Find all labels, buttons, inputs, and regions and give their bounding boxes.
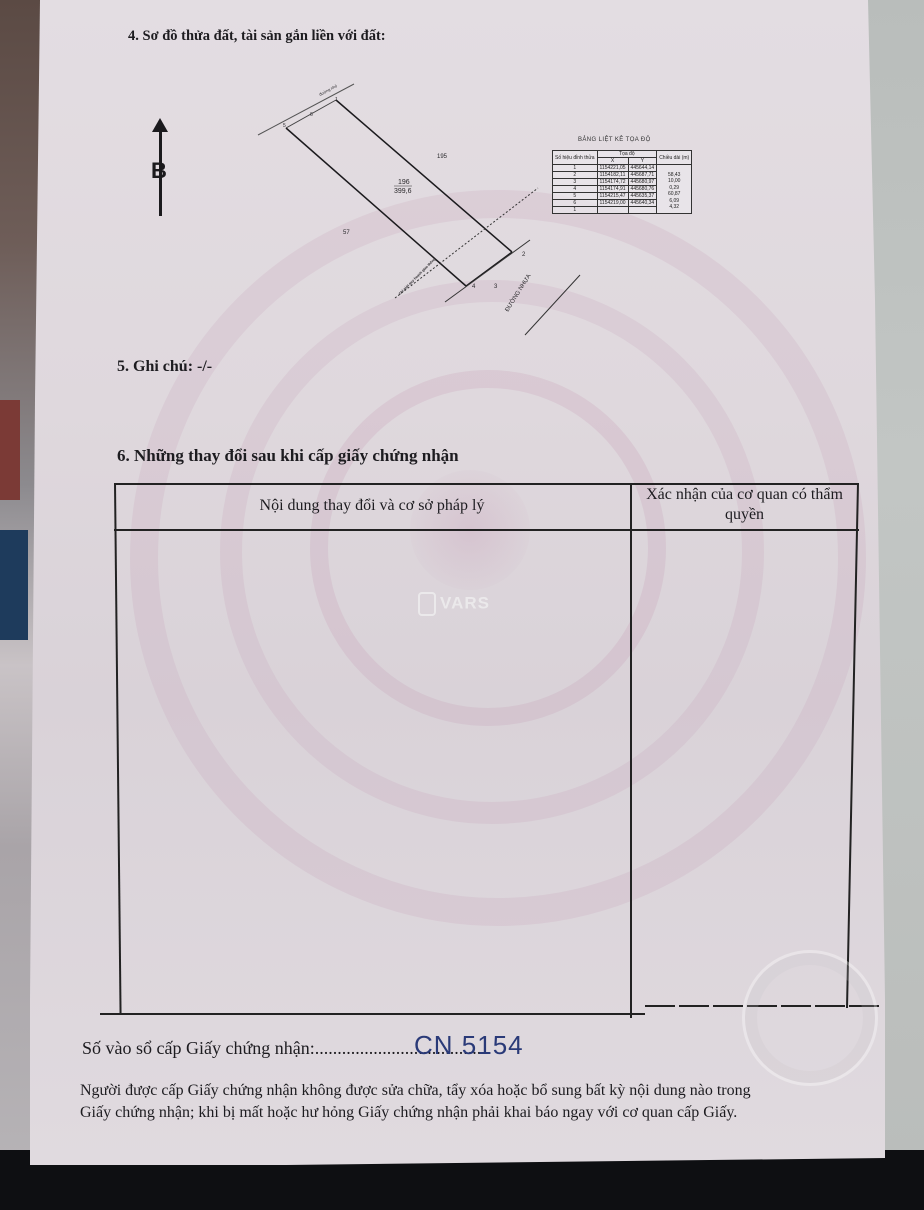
vertex-label: 3	[494, 284, 498, 290]
coord-cell-x: 1154215,47	[597, 193, 628, 200]
col-header: Y	[628, 158, 657, 165]
coord-cell-point: 1	[553, 165, 598, 172]
coord-cell-point: 6	[553, 200, 598, 207]
section-5-title: 5. Ghi chú: -/-	[117, 358, 212, 376]
coord-cell-y: 445640,34	[628, 200, 657, 207]
vars-watermark: VARS	[418, 592, 490, 616]
north-arrow-icon: B	[148, 118, 172, 218]
vertex-label: 5	[283, 123, 286, 129]
coord-cell-x: 1154174,72	[597, 179, 628, 186]
coord-cell-point: 1	[553, 207, 598, 214]
column-header-authority: Xác nhận của cơ quan có thẩm quyền	[632, 485, 857, 525]
coord-cell-y	[628, 207, 657, 214]
vertex-label: 6	[310, 112, 313, 118]
vertex-label: 4	[472, 284, 476, 290]
legal-note: Người được cấp Giấy chứng nhận không đượ…	[80, 1082, 751, 1100]
parcel-area: 399,6	[394, 188, 412, 195]
coord-cell-y: 445680,76	[628, 186, 657, 193]
changes-table: Nội dung thay đổi và cơ sở pháp lý Xác n…	[100, 483, 880, 1028]
corridor-label: Chỉ giới quy hoạch giao thông	[398, 257, 437, 296]
coord-cell-point: 3	[553, 179, 598, 186]
neighbor-parcel-label: 57	[343, 230, 350, 236]
coord-cell-x: 1154174,91	[597, 186, 628, 193]
road-label: ĐƯỜNG NHỰA	[504, 273, 533, 313]
coord-cell-x: 1154221,05	[597, 165, 628, 172]
coord-cell-x: 1154182,11	[597, 172, 628, 179]
coord-cell-y: 445635,37	[628, 193, 657, 200]
registration-label: Số vào sổ cấp Giấy chứng nhận:	[82, 1038, 315, 1058]
legal-note: Giấy chứng nhận; khi bị mất hoặc hư hỏng…	[80, 1104, 737, 1122]
coord-cell-point: 2	[553, 172, 598, 179]
coord-table-title: BẢNG LIỆT KÊ TỌA ĐỘ	[578, 137, 651, 143]
coord-cell-y: 445687,71	[628, 172, 657, 179]
col-header: Số hiệu đỉnh thửa	[553, 151, 598, 165]
coord-cell-y: 445644,14	[628, 165, 657, 172]
vertex-label: 1	[335, 97, 338, 103]
col-header: X	[597, 158, 628, 165]
section-6-title: 6. Những thay đổi sau khi cấp giấy chứng…	[117, 446, 459, 466]
section-4-title: 4. Sơ đồ thửa đất, tài sản gắn liền với …	[128, 28, 386, 45]
background-object	[0, 530, 28, 640]
col-header: Tọa độ	[597, 151, 657, 158]
column-header-changes: Nội dung thay đổi và cơ sở pháp lý	[114, 497, 630, 515]
parcel-number: 196	[398, 179, 410, 186]
top-road-label: đường nhỏ	[318, 83, 338, 97]
background-object	[0, 400, 20, 500]
coord-cell-point: 5	[553, 193, 598, 200]
registration-line: Số vào sổ cấp Giấy chứng nhận:..........…	[82, 1038, 481, 1059]
coordinate-table: Số hiệu đỉnh thửa Tọa độ Chiều dài (m) X…	[552, 150, 692, 214]
vars-logo-icon	[418, 592, 436, 616]
coord-cell-point: 4	[553, 186, 598, 193]
edge-lengths: 58,4310,000,2960,876,094,32	[657, 165, 692, 214]
registration-number: CN 5154	[414, 1030, 524, 1061]
vertex-label: 2	[522, 252, 526, 258]
coord-cell-y: 445680,97	[628, 179, 657, 186]
parcel-diagram: đường nhỏ 5 6 1 2 3 4 195 57 196 399,6 Đ…	[250, 70, 580, 350]
coord-row: 11154221,05445644,1458,4310,000,2960,876…	[553, 165, 692, 172]
col-header: Chiều dài (m)	[657, 151, 692, 165]
coord-cell-x	[597, 207, 628, 214]
north-label: B	[151, 158, 167, 184]
neighbor-parcel-label: 195	[437, 154, 448, 160]
embossed-seal	[742, 950, 878, 1086]
coord-cell-x: 1154219,00	[597, 200, 628, 207]
